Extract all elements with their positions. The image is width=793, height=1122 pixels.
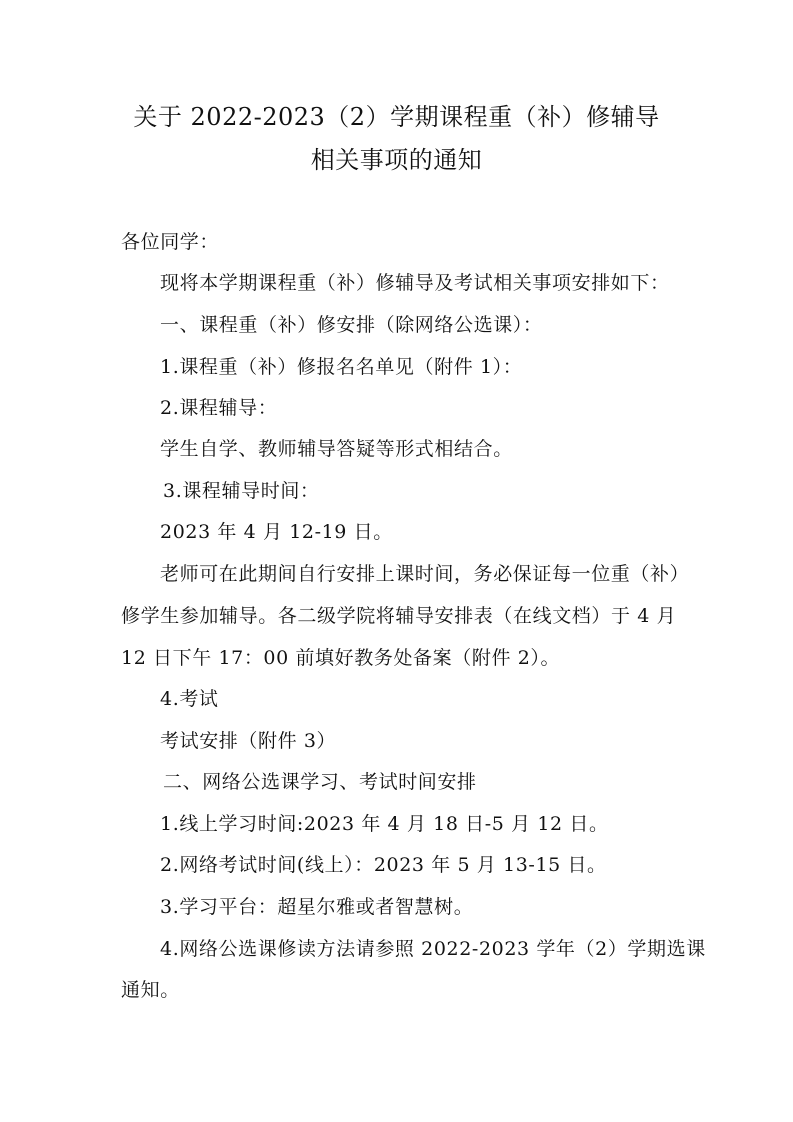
document-title-line-2: 相关事项的通知 <box>0 145 793 175</box>
section-1-item-4-text: 考试安排（附件 3） <box>160 728 336 754</box>
section-1-item-3-paragraph-line-3: 12 日下午 17：00 前填好教务处备案（附件 2）。 <box>121 645 560 671</box>
section-2-item-4-line-1: 4.网络公选课修读方法请参照 2022-2023 学年（2）学期选课 <box>160 936 706 962</box>
document-page: 关于 2022-2023（2）学期课程重（补）修辅导 相关事项的通知 各位同学：… <box>0 0 793 1122</box>
section-2-item-2: 2.网络考试时间(线上）：2023 年 5 月 13-15 日。 <box>160 852 607 878</box>
document-title-line-1: 关于 2022-2023（2）学期课程重（补）修辅导 <box>0 102 793 132</box>
intro-paragraph: 现将本学期课程重（补）修辅导及考试相关事项安排如下： <box>160 270 670 296</box>
section-1-item-3-paragraph-line-2: 修学生参加辅导。各二级学院将辅导安排表（在线文档）于 4 月 <box>121 603 676 629</box>
section-2-item-1: 1.线上学习时间:2023 年 4 月 18 日-5 月 12 日。 <box>160 811 609 837</box>
section-2-item-4-line-2: 通知。 <box>121 977 180 1003</box>
section-2-heading: 二、网络公选课学习、考试时间安排 <box>163 769 477 795</box>
section-1-heading: 一、课程重（补）修安排（除网络公选课）： <box>160 312 543 338</box>
section-1-item-1: 1.课程重（补）修报名名单见（附件 1）： <box>160 354 522 380</box>
greeting: 各位同学： <box>121 229 219 255</box>
section-1-item-3-date: 2023 年 4 月 12-19 日。 <box>160 519 393 545</box>
section-1-item-3-heading: 3.课程辅导时间： <box>163 478 320 504</box>
section-1-item-4-heading: 4.考试 <box>160 686 219 712</box>
section-2-item-3: 3.学习平台：超星尔雅或者智慧树。 <box>160 894 473 920</box>
section-1-item-2-text: 学生自学、教师辅导答疑等形式相结合。 <box>160 436 513 462</box>
section-1-item-3-paragraph-line-1: 老师可在此期间自行安排上课时间，务必保证每一位重（补） <box>160 561 689 587</box>
section-1-item-2-heading: 2.课程辅导： <box>160 395 277 421</box>
